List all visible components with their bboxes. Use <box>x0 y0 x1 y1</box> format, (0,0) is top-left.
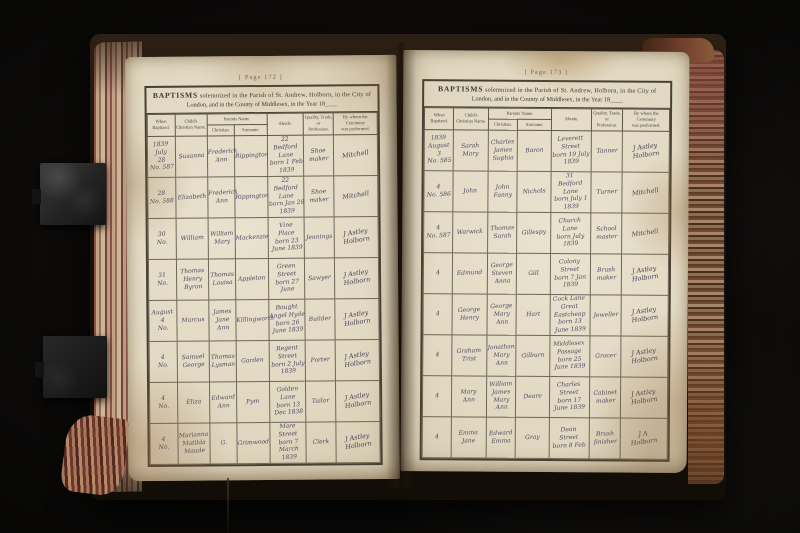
register-cell: John <box>453 170 488 211</box>
register-cell: J Astley Holborn <box>621 295 668 336</box>
register-cell: Cabinet maker <box>589 376 621 417</box>
handwritten-entry: Cock Lane Great Eastcheap born 13 June 1… <box>550 294 590 335</box>
register-cell: Killingworth <box>236 299 269 340</box>
register-cell: Rippington <box>235 176 268 217</box>
register-cell: Susanna <box>175 136 208 177</box>
handwritten-entry: 4 No. 586 <box>424 182 453 199</box>
handwritten-entry: Frederick Ann <box>208 188 235 205</box>
register-cell: Middlesex Passage born 25 June 1839 <box>550 335 589 376</box>
handwritten-entry: George Steven Anna <box>487 261 516 286</box>
handwritten-entry: Marianna Matilda Maude <box>177 431 210 456</box>
handwritten-entry: Leverett Street born 19 July 1839 <box>551 134 591 167</box>
register-cell: 4 No. 587 <box>424 211 454 252</box>
handwritten-entry: 4 No. <box>150 435 177 452</box>
handwritten-entry: Mackenzie <box>236 233 268 243</box>
register-cell: Mackenzie <box>235 217 268 258</box>
register-cell: Builder <box>305 298 335 339</box>
handwritten-entry: Shoe maker <box>304 187 334 204</box>
handwritten-entry: Tailor <box>306 396 335 406</box>
register-cell: Pym <box>237 381 270 422</box>
col-header-quality: Quality, Trade, or Profession. <box>591 109 623 131</box>
register-cell: Marianna Matilda Maude <box>177 423 210 464</box>
handwritten-entry: 4 <box>423 309 452 318</box>
register-cell: 31 Bedford Lane born July 1 1839 <box>551 171 590 212</box>
handwritten-entry: J Astley Holborn <box>621 345 668 368</box>
handwritten-entry: Gray <box>516 433 550 442</box>
register-cell: Green Street born 27 June <box>268 258 305 299</box>
register-row: 28 No. 588ElizabethFrederick AnnRippingt… <box>148 175 378 218</box>
handwritten-entry: Jennings <box>305 232 334 242</box>
register-cell: Eliza <box>177 382 210 423</box>
register-row: 4 No.Marianna Matilda MaudeG.GrimwoodMar… <box>150 421 380 464</box>
register-cell: Samuel George <box>177 341 210 382</box>
handwritten-entry: 4 <box>423 432 452 441</box>
col-header-ceremony: By whom the Ceremony was performed. <box>623 109 670 131</box>
baptism-table-left: When Baptized. Child's Christian Name. P… <box>147 112 381 465</box>
register-row: 30 No.WilliamWilliam MaryMackenzieVine P… <box>148 216 378 259</box>
register-title-rest: solemnized in the Parish of St. Andrew, … <box>483 87 656 95</box>
handwritten-entry: 31 No. <box>149 271 176 288</box>
handwritten-entry: Nichols <box>517 187 551 196</box>
handwritten-entry: Garden <box>237 356 269 366</box>
col-header-when-baptized: When Baptized. <box>424 108 454 130</box>
register-title-rest: solemnized in the Parish of St. Andrew, … <box>198 91 371 100</box>
register-cell: 4 No. 586 <box>424 170 454 211</box>
register-cell: Baron <box>517 130 552 171</box>
register-row: 4EdmundGeorge Steven AnnaGillColony Stre… <box>423 252 668 295</box>
register-cell: Brush finisher <box>589 417 621 458</box>
register-cell: Church Lane born July 1839 <box>551 212 590 253</box>
register-cell: Dean Street born 8 Feb <box>550 417 589 458</box>
handwritten-entry: Green Street born 27 June <box>268 262 306 295</box>
register-row: 4 No. 586JohnJohn FannyNichols31 Bedford… <box>424 170 669 213</box>
register-cell: Mary Ann <box>452 375 487 416</box>
handwritten-entry: J A Holborn <box>620 427 667 450</box>
register-cell: 28 No. 588 <box>148 177 176 218</box>
handwritten-entry: Brush maker <box>590 265 622 282</box>
register-cell: George Henry <box>452 293 487 334</box>
register-row: 4 No. 587WarwickThomas SarahGillespyChur… <box>424 211 669 254</box>
register-cell: Turner <box>590 171 622 212</box>
handwritten-entry: 4 No. <box>149 353 176 370</box>
register-cell: Garden <box>237 340 270 381</box>
handwritten-entry: George Mary Ann <box>487 302 516 327</box>
register-cell: 4 <box>423 252 453 293</box>
handwritten-entry: Builder <box>306 314 335 324</box>
register-cell: Edward Ann <box>209 381 237 422</box>
register-row: 4Emma JaneEdward EmmaGrayDean Street bor… <box>422 416 667 459</box>
handwritten-entry: Mitchell <box>622 226 668 240</box>
handwritten-entry: Pym <box>237 397 269 407</box>
handwritten-entry: 4 <box>423 391 452 400</box>
register-title-lead: BAPTISMS <box>153 91 198 100</box>
handwritten-entry: Baron <box>518 146 552 155</box>
register-row: 1839 August 3 No. 585Sarah MaryCharles J… <box>424 129 669 172</box>
handwritten-entry: Middlesex Passage born 25 June 1839 <box>550 339 590 372</box>
handwritten-entry: Mitchell <box>334 147 378 162</box>
handwritten-entry: J Astley Holborn <box>335 348 380 371</box>
register-cell: J Astley Holborn <box>335 257 379 298</box>
left-page: [ Page 172 ] BAPTISMS solemnized in the … <box>125 55 400 481</box>
handwritten-entry: 22 Bedford Lane born Jan 28 1839 <box>267 176 305 217</box>
register-cell: Frederick Ann <box>207 176 235 217</box>
register-cell: G. <box>210 422 238 463</box>
register-cell: J Astley Holborn <box>334 216 378 257</box>
handwritten-entry: Brush finisher <box>589 429 621 446</box>
handwritten-entry: George Henry <box>453 305 487 322</box>
register-cell: Leverett Street born 19 July 1839 <box>552 130 591 171</box>
col-header-abode: Abode. <box>552 109 591 131</box>
register-cell: Bought Angel Hyde born 26 June 1839 <box>268 299 305 340</box>
register-title-line2: London, and in the County of Middlesex, … <box>427 95 667 104</box>
handwritten-entry: Thomas Lysman <box>209 352 236 369</box>
handwritten-entry: Sawyer <box>305 273 334 283</box>
handwritten-entry: August 4 No. <box>149 308 177 333</box>
register-cell: Mitchell <box>334 175 378 216</box>
register-cell: Porter <box>305 339 335 380</box>
handwritten-entry: 4 <box>423 350 452 359</box>
handwritten-entry: School master <box>590 225 622 242</box>
register-cell: Vine Place born 23 June 1839 <box>268 217 305 258</box>
register-cell: Nichols <box>517 171 552 212</box>
handwritten-entry: Thomas Henry Byron <box>176 267 209 292</box>
register-cell: 4 No. <box>149 382 177 423</box>
register-cell: Marcus <box>176 300 209 341</box>
handwritten-entry: J Astley Holborn <box>336 430 381 453</box>
register-cell: Deare <box>515 376 550 417</box>
handwritten-entry: Edward Emma <box>486 429 515 446</box>
register-cell: Warwick <box>453 211 488 252</box>
register-cell: J Astley Holborn <box>336 421 380 462</box>
handwritten-entry: Emma Jane <box>452 428 486 445</box>
register-cell: J Astley Holborn <box>621 336 668 377</box>
register-title-line2: London, and in the County of Middlesex, … <box>150 100 375 109</box>
register-cell: Edmund <box>453 252 488 293</box>
handwritten-entry: Clerk <box>307 437 336 447</box>
handwritten-entry: J Astley Holborn <box>621 263 668 286</box>
register-cell: Tanner <box>591 130 623 171</box>
handwritten-entry: 31 Bedford Lane born July 1 1839 <box>551 171 591 212</box>
register-cell: 4 No. <box>150 423 178 464</box>
register-row: 31 No.Thomas Henry ByronThomas LouisaApp… <box>148 257 378 300</box>
register-cell: Jennings <box>304 216 334 257</box>
handwritten-entry: Mitchell <box>623 185 669 199</box>
handwritten-entry: Thomas Louisa <box>208 270 235 287</box>
handwritten-entry: Appleton <box>236 274 268 284</box>
register-cell: John Fanny <box>488 171 518 212</box>
col-header-surname: Surname. <box>235 124 267 135</box>
register-cell: 4 <box>422 416 452 457</box>
register-cell: Charles James Sophia <box>488 130 518 171</box>
baptism-table-right: When Baptized. Child's Christian Name. P… <box>422 107 670 459</box>
handwritten-entry: Tanner <box>591 146 622 155</box>
handwritten-entry: Shoe maker <box>304 146 334 163</box>
handwritten-entry: Elizabeth <box>176 192 208 202</box>
register-cell: Jeweller <box>590 294 622 335</box>
handwritten-entry: John Fanny <box>488 183 517 200</box>
register-cell: 31 No. <box>148 259 176 300</box>
register-title-lead: BAPTISMS <box>438 84 483 93</box>
handwritten-entry: John <box>454 186 488 195</box>
handwritten-entry: William <box>176 233 208 243</box>
register-row: 4 No.ElizaEdward AnnPymGolden Lane born … <box>149 380 379 423</box>
handwritten-entry: Warwick <box>453 227 487 236</box>
handwritten-entry: William Mary <box>208 229 235 246</box>
handwritten-entry: 1839 July 28 No. 587 <box>147 140 175 173</box>
register-cell: Rippington <box>235 135 268 176</box>
page-edges-right <box>688 50 724 484</box>
handwritten-entry: Charles James Sophia <box>488 138 517 163</box>
register-cell: Colony Street born 7 Jan 1839 <box>551 253 590 294</box>
register-cell: J A Holborn <box>621 418 668 459</box>
photo-backdrop: [ Page 172 ] BAPTISMS solemnized in the … <box>0 0 800 533</box>
handwritten-entry: Marcus <box>177 315 209 325</box>
handwritten-entry: Sarah Mary <box>454 141 488 158</box>
col-header-christian: Christian. <box>488 119 517 130</box>
register-cell: Elizabeth <box>175 177 208 218</box>
handwritten-entry: Vine Place born 23 June 1839 <box>267 221 305 254</box>
register-form-left: BAPTISMS solemnized in the Parish of St.… <box>144 84 382 467</box>
handwritten-entry: Bought Angel Hyde born 26 June 1839 <box>268 303 306 336</box>
col-header-parents-name: Parents Name. <box>488 108 552 119</box>
register-cell: J Astley Holborn <box>335 298 379 339</box>
register-cell: Cock Lane Great Eastcheap born 13 June 1… <box>550 294 589 335</box>
register-cell: J Astley Holborn <box>621 377 668 418</box>
book-clasp-bottom <box>43 336 107 398</box>
register-cell: 30 No. <box>148 218 176 259</box>
register-row: 4Graham TristJonathan Mary AnnGilburnMid… <box>423 334 668 377</box>
register-cell: 4 <box>423 334 453 375</box>
right-page: [ Page 173 ] BAPTISMS solemnized in the … <box>401 50 690 473</box>
col-header-surname: Surname. <box>517 119 551 130</box>
register-cell: 4 <box>423 293 453 334</box>
book-clasp-top <box>40 163 106 225</box>
handwritten-entry: Graham Trist <box>452 346 486 363</box>
register-cell: Hart <box>516 294 551 335</box>
handwritten-entry: J Astley Holborn <box>334 225 379 248</box>
handwritten-entry: Mitchell <box>334 188 378 203</box>
handwritten-entry: Samuel George <box>177 352 209 369</box>
register-cell: Charles Street born 17 June 1839 <box>550 376 589 417</box>
col-header-child-name: Child's Christian Name. <box>175 114 207 136</box>
register-row: 4Mary AnnWilliam James Mary AnnDeareChar… <box>422 375 667 418</box>
handwritten-entry: Gilburn <box>516 351 550 360</box>
register-cell: Clerk <box>306 421 336 462</box>
register-cell: William James Mary Ann <box>486 376 516 417</box>
register-title-right: BAPTISMS solemnized in the Parish of St.… <box>424 81 670 109</box>
handwritten-entry: Susanna <box>175 151 207 161</box>
register-cell: Appleton <box>236 258 269 299</box>
register-row: 4 No.Samuel GeorgeThomas LysmanGardenReg… <box>149 339 379 382</box>
handwritten-entry: G. <box>210 438 237 447</box>
bookmark-thread <box>227 478 229 533</box>
register-row: August 4 No.MarcusJames Jane AnnKillingw… <box>149 298 379 341</box>
register-cell: 1839 July 28 No. 587 <box>147 136 175 177</box>
handwritten-entry: Mare Street born 7 March 1839 <box>269 422 307 463</box>
col-header-christian: Christian. <box>207 125 235 136</box>
handwritten-entry: Grocer <box>590 351 621 360</box>
col-header-when-baptized: When Baptized. <box>147 114 175 136</box>
handwritten-entry: J Astley Holborn <box>334 266 379 289</box>
register-cell: J Astley Holborn <box>623 131 670 172</box>
handwritten-entry: Gillespy <box>517 228 551 237</box>
handwritten-entry: Church Lane born July 1839 <box>551 216 591 249</box>
register-cell: Graham Trist <box>452 334 487 375</box>
handwritten-entry: Killingworth <box>237 315 269 325</box>
col-header-parents-name: Parents Name. <box>207 113 267 124</box>
handwritten-entry: Jonathan Mary Ann <box>487 343 516 368</box>
register-cell: Emma Jane <box>452 416 487 457</box>
handwritten-entry: Gill <box>517 269 551 278</box>
register-form-right: BAPTISMS solemnized in the Parish of St.… <box>420 79 673 461</box>
register-cell: Grimwood <box>237 422 270 463</box>
register-row: 1839 July 28 No. 587SusannaFrederick Ann… <box>147 134 377 177</box>
register-cell: 4 <box>422 375 452 416</box>
register-cell: William Mary <box>208 217 236 258</box>
handwritten-entry: Frederick Ann <box>207 147 234 164</box>
register-cell: Gray <box>515 417 550 458</box>
col-header-ceremony: By whom the Ceremony was performed. <box>333 112 377 134</box>
handwritten-entry: 22 Bedford Lane born 1 Feb 1839 <box>266 135 304 176</box>
register-cell: Golden Lane born 13 Dec 1838 <box>269 381 306 422</box>
register-cell: Thomas Henry Byron <box>176 259 209 300</box>
handwritten-entry: Golden Lane born 13 Dec 1838 <box>269 385 307 418</box>
register-cell: Gill <box>516 253 551 294</box>
register-cell: 22 Bedford Lane born 1 Feb 1839 <box>267 135 304 176</box>
handwritten-entry: 4 No. <box>150 394 177 411</box>
handwritten-entry: 4 No. 587 <box>424 223 453 240</box>
handwritten-entry: J Astley Holborn <box>621 386 668 409</box>
handwritten-entry: Edmund <box>453 268 487 277</box>
handwritten-entry: Deare <box>516 392 550 401</box>
col-header-abode: Abode. <box>267 113 304 135</box>
register-cell: Tailor <box>306 380 336 421</box>
handwritten-entry: James Jane Ann <box>209 307 237 332</box>
register-cell: J Astley Holborn <box>622 254 669 295</box>
handwritten-entry: Colony Street born 7 Jan 1839 <box>551 257 591 290</box>
register-cell: Mare Street born 7 March 1839 <box>269 422 306 463</box>
page-number-right: [ Page 173 ] <box>403 68 689 77</box>
handwritten-entry: 1839 August 3 No. 585 <box>424 134 454 166</box>
register-cell: School master <box>590 212 622 253</box>
register-title-left: BAPTISMS solemnized in the Parish of St.… <box>146 86 377 114</box>
register-cell: Brush maker <box>590 253 622 294</box>
handwritten-entry: Dean Street born 8 Feb <box>550 425 589 450</box>
register-cell: George Mary Ann <box>487 294 517 335</box>
register-row: 4George HenryGeorge Mary AnnHartCock Lan… <box>423 293 668 336</box>
register-cell: Gilburn <box>516 335 551 376</box>
page-number-left: [ Page 172 ] <box>125 73 396 82</box>
handwritten-entry: Thomas Sarah <box>488 224 517 241</box>
handwritten-entry: Cabinet maker <box>589 388 621 405</box>
register-cell: Mitchell <box>622 172 669 213</box>
handwritten-entry: 28 No. 588 <box>148 189 175 206</box>
handwritten-entry: Edward Ann <box>209 393 236 410</box>
col-header-child-name: Child's Christian Name. <box>454 108 488 130</box>
register-cell: George Steven Anna <box>487 253 517 294</box>
register-cell: Mitchell <box>334 134 378 175</box>
register-cell: Thomas Louisa <box>208 258 236 299</box>
handwritten-entry: 4 <box>424 268 453 277</box>
handwritten-entry: Charles Street born 17 June 1839 <box>550 380 590 413</box>
handwritten-entry: J Astley Holborn <box>335 307 380 330</box>
handwritten-entry: Mary Ann <box>452 387 486 404</box>
register-cell: Thomas Sarah <box>487 212 517 253</box>
register-cell: 1839 August 3 No. 585 <box>424 129 454 170</box>
handwritten-entry: J Astley Holborn <box>621 304 668 327</box>
register-cell: James Jane Ann <box>209 299 237 340</box>
handwritten-entry: Hart <box>517 310 551 319</box>
register-cell: Edward Emma <box>486 417 516 458</box>
handwritten-entry: Eliza <box>178 397 210 407</box>
register-cell: Regent Street born 2 July 1839 <box>269 340 306 381</box>
handwritten-entry: Grimwood <box>238 438 270 448</box>
handwritten-entry: J Astley Holborn <box>622 140 669 163</box>
register-cell: 4 No. <box>149 341 177 382</box>
register-cell: Frederick Ann <box>207 135 235 176</box>
register-cell: J Astley Holborn <box>335 339 379 380</box>
register-cell: Sarah Mary <box>454 129 489 170</box>
register-cell: Thomas Lysman <box>209 340 237 381</box>
handwritten-entry: William James Mary Ann <box>486 380 516 412</box>
register-cell: J Astley Holborn <box>336 380 380 421</box>
handwritten-entry: Jeweller <box>590 310 621 319</box>
col-header-quality: Quality, Trade, or Profession. <box>304 113 334 135</box>
handwritten-entry: Regent Street born 2 July 1839 <box>268 344 306 377</box>
handwritten-entry: 30 No. <box>148 230 175 247</box>
register-cell: Mitchell <box>622 213 669 254</box>
register-cell: Shoe maker <box>304 134 334 175</box>
handwritten-entry: Porter <box>306 355 335 365</box>
register-cell: Shoe maker <box>304 175 334 216</box>
register-cell: Gillespy <box>517 212 552 253</box>
register-cell: Jonathan Mary Ann <box>486 335 516 376</box>
handwritten-entry: Rippington <box>236 192 268 202</box>
register-cell: William <box>176 218 209 259</box>
handwritten-entry: Rippington <box>235 151 267 161</box>
register-cell: 22 Bedford Lane born Jan 28 1839 <box>267 176 304 217</box>
register-cell: Grocer <box>589 335 621 376</box>
register-cell: Sawyer <box>305 257 335 298</box>
register-cell: August 4 No. <box>149 300 177 341</box>
handwritten-entry: Turner <box>591 187 622 196</box>
handwritten-entry: J Astley Holborn <box>335 389 380 412</box>
